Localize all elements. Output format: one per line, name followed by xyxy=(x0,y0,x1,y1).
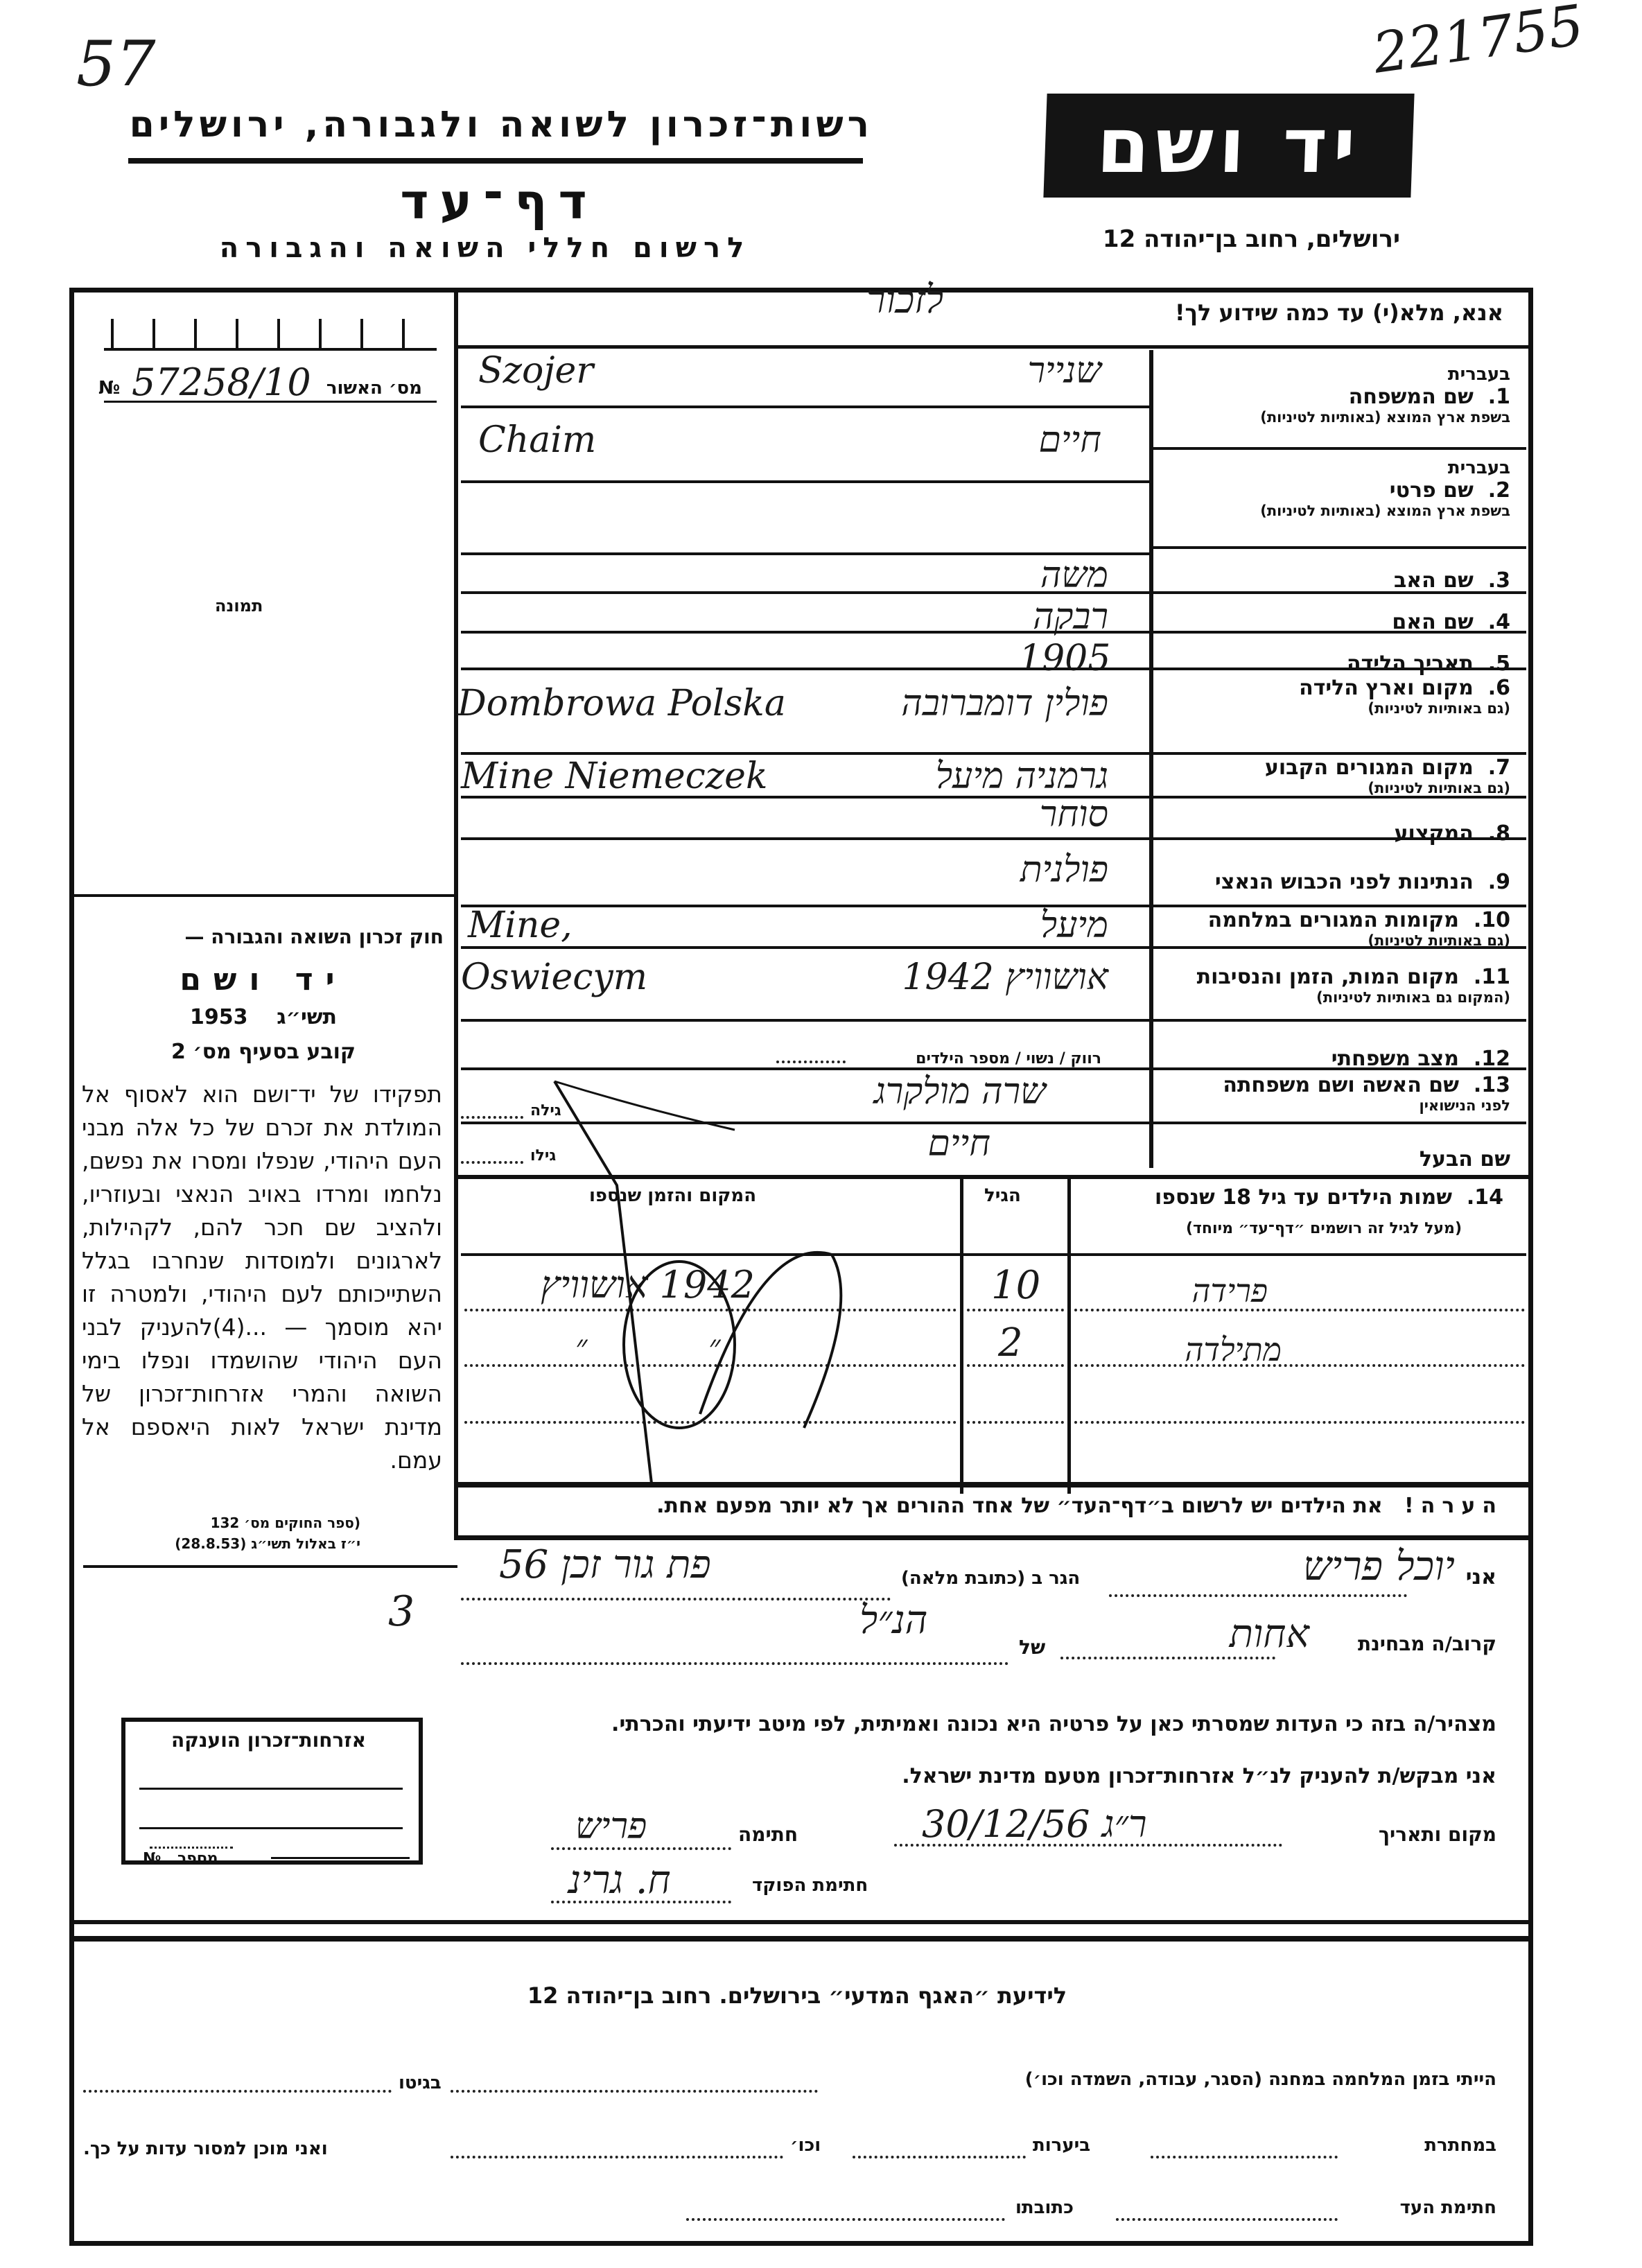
field-2-label: בעברית 2. שם פרטי בשפת ארץ המוצא (באותיו… xyxy=(1260,457,1510,519)
ghetto-field[interactable] xyxy=(83,2090,392,2093)
law-year-gregorian: 1953 xyxy=(190,1005,248,1029)
field-13-label: 13. שם האשה ושם משפחתה לפני הנישואין xyxy=(1223,1073,1510,1114)
divider xyxy=(454,1535,1528,1540)
field-7-label: 7. מקום המגורים הקבוע (גם באותיות לטיניו… xyxy=(1265,756,1510,796)
table-column-divider xyxy=(1067,1178,1071,1494)
field-1-latin-value[interactable]: Szojer xyxy=(478,350,593,392)
citizenship-no-label: № xyxy=(143,1850,161,1867)
footer-witness-signature-label: חתימת העד xyxy=(1400,2197,1496,2218)
divider xyxy=(104,401,437,403)
husband-name-label: שם הבעל xyxy=(1420,1147,1510,1171)
child-1-name[interactable]: פרידה xyxy=(1192,1272,1268,1309)
row-line xyxy=(1074,1309,1525,1311)
citizenship-box-line[interactable] xyxy=(139,1788,403,1790)
citizenship-box-line[interactable] xyxy=(139,1827,403,1829)
divider xyxy=(1152,447,1526,450)
relation-label: קרוב/ה מבחינת xyxy=(1358,1632,1496,1655)
relation-line xyxy=(1060,1657,1275,1659)
field-10-label: 10. מקומות המגורים במלחמה (גם באותיות לט… xyxy=(1208,908,1510,949)
divider xyxy=(461,796,1526,799)
citizenship-box-line[interactable] xyxy=(271,1857,410,1859)
registration-label: מס׳ האשור xyxy=(326,378,422,399)
declarant-address-number: 3 xyxy=(388,1587,414,1636)
yad-vashem-logo: יד ושם xyxy=(1043,94,1414,198)
field-3-value[interactable]: משה xyxy=(1040,555,1108,596)
law-section: קובע בסעיף מס׳ 2 xyxy=(83,1040,444,1064)
field-5-value[interactable]: 1905 xyxy=(1019,638,1110,679)
footer-forests-label: ביערות xyxy=(1033,2135,1090,2156)
field-12-options[interactable]: רווק / נשוי / מספר הילדים xyxy=(916,1050,1101,1067)
field-6-hebrew-value[interactable]: פולין דומברובה xyxy=(901,683,1108,724)
note-label: הערה! xyxy=(1404,1494,1503,1518)
signature-line xyxy=(551,1847,731,1850)
declarant-name[interactable]: יוכל פריש xyxy=(1303,1542,1455,1589)
children-sublabel: (מעל לגיל זה רושמים ״דף־עד״ מיוחד) xyxy=(1186,1220,1462,1237)
declarant-relation[interactable]: אחות xyxy=(1230,1612,1309,1657)
declarant-address-line xyxy=(461,1598,891,1600)
instruction-text: אנא, מלא(י) עד כמה שידוע לך! xyxy=(1175,299,1503,326)
photo-box-bottom xyxy=(73,894,454,897)
field-11-label: 11. מקום המות, הזמן והנסיבות (המקום גם ב… xyxy=(1197,965,1510,1006)
footer-etc-label: וכו׳ xyxy=(790,2135,821,2156)
footer-title: לידיעת ״האגף המדעי״ בירושלים. רחוב בן־יה… xyxy=(485,1982,1109,2009)
law-reference-2: י״ז באלול תשי״ג (28.8.53) xyxy=(83,1535,360,1552)
field-9-value[interactable]: פולנית xyxy=(1020,849,1108,891)
forests-field[interactable] xyxy=(853,2156,1026,2158)
divider xyxy=(457,345,1528,349)
child-1-age[interactable]: 10 xyxy=(991,1263,1040,1308)
label-column-divider xyxy=(1149,350,1153,1168)
row-line xyxy=(1074,1421,1525,1424)
law-title: חוק זכרון השואה והגבורה — xyxy=(83,925,444,948)
field-3-label: 3. שם האב xyxy=(1394,568,1510,593)
field-5-label: 5. תאריך הלידה xyxy=(1347,652,1510,676)
official-signature-value[interactable]: ח. גרינ xyxy=(568,1858,671,1903)
citizenship-number-field[interactable] xyxy=(150,1847,233,1849)
declaration-text: מצהיר/ה בזה כי העדות שמסרתי כאן על פרטיה… xyxy=(611,1712,1496,1736)
field-10-hebrew-value[interactable]: מיעל xyxy=(1040,905,1108,946)
field-7-hebrew-value[interactable]: גרמניה מיעל xyxy=(936,756,1108,797)
note-text: הערה! את הילדים יש לרשום ב״דף־העד״ של אח… xyxy=(656,1494,1503,1518)
registration-no-label: № xyxy=(98,378,120,399)
field-11-hebrew-value[interactable]: אושוויץ 1942 xyxy=(902,957,1108,998)
ink-strike-mark xyxy=(471,1026,887,1497)
footer-ghetto-label: בגיטו xyxy=(399,2073,442,2093)
camp-field[interactable] xyxy=(451,2090,818,2093)
declarant-name-line xyxy=(1109,1594,1407,1597)
divider xyxy=(461,752,1526,755)
page-number-annotation: 57 xyxy=(76,28,156,101)
of-line xyxy=(461,1662,1008,1665)
divider xyxy=(461,905,1526,907)
organization-title: רשות־זכרון לשואה ולגבורה, ירושלים xyxy=(125,104,873,146)
divider xyxy=(461,631,1526,634)
law-year: 1953 תשי״ג xyxy=(83,1005,444,1029)
instruction-handwritten: לזכור xyxy=(866,277,943,322)
divider xyxy=(1152,546,1526,549)
header-divider xyxy=(128,158,863,164)
underground-field[interactable] xyxy=(1151,2156,1338,2158)
divider xyxy=(461,837,1526,840)
witness-address-field[interactable] xyxy=(686,2218,1005,2221)
citizenship-number-label: מספר xyxy=(177,1850,218,1867)
row-line xyxy=(1074,1364,1525,1367)
divider xyxy=(461,591,1526,594)
row-line xyxy=(967,1421,1064,1424)
organization-address: ירושלים, רחוב בן־יהודה 12 xyxy=(1047,225,1400,253)
law-text: תפקידו של יד־ושם הוא לאסוף אל המולדת את … xyxy=(82,1078,442,1477)
law-reference-1: (ספר החוקים מס׳ 132 xyxy=(83,1515,360,1531)
divider xyxy=(461,1019,1526,1022)
field-2-latin-value[interactable]: Chaim xyxy=(478,419,596,461)
field-1-label: בעברית 1. שם המשפחה בשפת ארץ המוצא (באות… xyxy=(1260,364,1510,426)
logo-text: יד ושם xyxy=(1095,101,1363,190)
declarant-address[interactable]: פת גור זכן 56 xyxy=(499,1542,711,1587)
row-line xyxy=(967,1364,1064,1367)
divider xyxy=(461,946,1526,949)
footer-address-label: כתובתו xyxy=(1015,2197,1074,2218)
row-line xyxy=(967,1309,1064,1311)
child-2-name[interactable]: מתילדה xyxy=(1185,1331,1282,1368)
husband-name-value[interactable]: חיים xyxy=(928,1123,991,1164)
relation-of-value[interactable]: הנ״ל xyxy=(859,1598,928,1643)
law-name: יד ושם xyxy=(83,962,444,997)
declarant-i-label: אני xyxy=(1466,1565,1496,1589)
citizenship-box: אזרחות־זכרון הוענקה מספר № xyxy=(121,1718,423,1865)
form-title: דף־עד xyxy=(333,173,665,230)
place-date-label: מקום ותאריך xyxy=(1379,1823,1496,1846)
place-date-line xyxy=(894,1844,1282,1847)
column-header-age: הגיל xyxy=(984,1185,1021,1206)
child-2-age[interactable]: 2 xyxy=(998,1320,1023,1366)
children-label: 14. שמות הילדים עד גיל 18 שנספו xyxy=(1155,1185,1503,1210)
field-11-latin-value[interactable]: Oswiecym xyxy=(461,957,647,998)
field-10-latin-value[interactable]: Mine, xyxy=(468,905,573,946)
of-label: של xyxy=(1019,1636,1045,1659)
field-13-value[interactable]: שרה מולקרג xyxy=(874,1071,1046,1113)
field-9-label: 9. הנתינות לפני הכבוש הנאצי xyxy=(1215,870,1510,894)
photo-label: תמונה xyxy=(215,596,263,616)
divider xyxy=(83,1565,457,1568)
law-year-hebrew: תשי״ג xyxy=(277,1005,337,1029)
field-6-latin-value[interactable]: Dombrowa Polska xyxy=(457,683,786,724)
field-1-hebrew-value[interactable]: שנייר xyxy=(1027,350,1101,392)
footer-camp-label: הייתי בזמן המלחמה במחנה (הסגר, עבודה, הש… xyxy=(1025,2069,1496,2090)
place-date-value[interactable]: ר״ג 30/12/56 xyxy=(922,1802,1147,1846)
divider xyxy=(454,1487,458,1539)
registration-value: 57258/10 xyxy=(132,360,311,404)
footer-underground-label: במחתרת xyxy=(1424,2135,1496,2156)
field-6-label: 6. מקום וארץ הלידה (גם באותיות לטיניות) xyxy=(1299,676,1510,717)
signature-value[interactable]: פריש xyxy=(575,1806,647,1847)
etc-field[interactable] xyxy=(451,2156,783,2158)
divider xyxy=(454,1482,1528,1488)
field-8-label: 8. המקצוע xyxy=(1395,821,1510,846)
field-7-latin-value[interactable]: Mine Niemeczek xyxy=(461,756,767,797)
witness-signature-field[interactable] xyxy=(1116,2218,1338,2221)
request-text: אני מבקש/ת להעניק לנ״ל אזרחות־זכרון מטעם… xyxy=(902,1764,1496,1788)
divider xyxy=(73,1920,1528,1924)
citizenship-box-title: אזרחות־זכרון הוענקה xyxy=(139,1729,398,1752)
footer-testify-text: ואני מוכן למסור עדות על כך. xyxy=(83,2138,328,2159)
field-8-value[interactable]: סוחר xyxy=(1040,794,1108,835)
divider xyxy=(461,405,1151,408)
signature-label: חתימה xyxy=(738,1823,798,1846)
archive-number-annotation: 221755 xyxy=(1369,0,1587,86)
left-panel-divider xyxy=(454,288,458,1490)
form-subtitle: לרשום חללי השואה והגבורה xyxy=(208,232,762,264)
divider xyxy=(73,1936,1528,1942)
divider xyxy=(461,480,1151,483)
official-signature-line xyxy=(551,1901,731,1903)
registration-ticks xyxy=(104,305,437,350)
field-2-hebrew-value[interactable]: חיים xyxy=(1039,419,1102,461)
resides-label: הגר ב (כתובת מלאה) xyxy=(901,1568,1080,1589)
divider xyxy=(461,668,1526,670)
table-column-divider xyxy=(960,1178,963,1494)
official-signature-label: חתימת הפוקד xyxy=(752,1875,868,1896)
